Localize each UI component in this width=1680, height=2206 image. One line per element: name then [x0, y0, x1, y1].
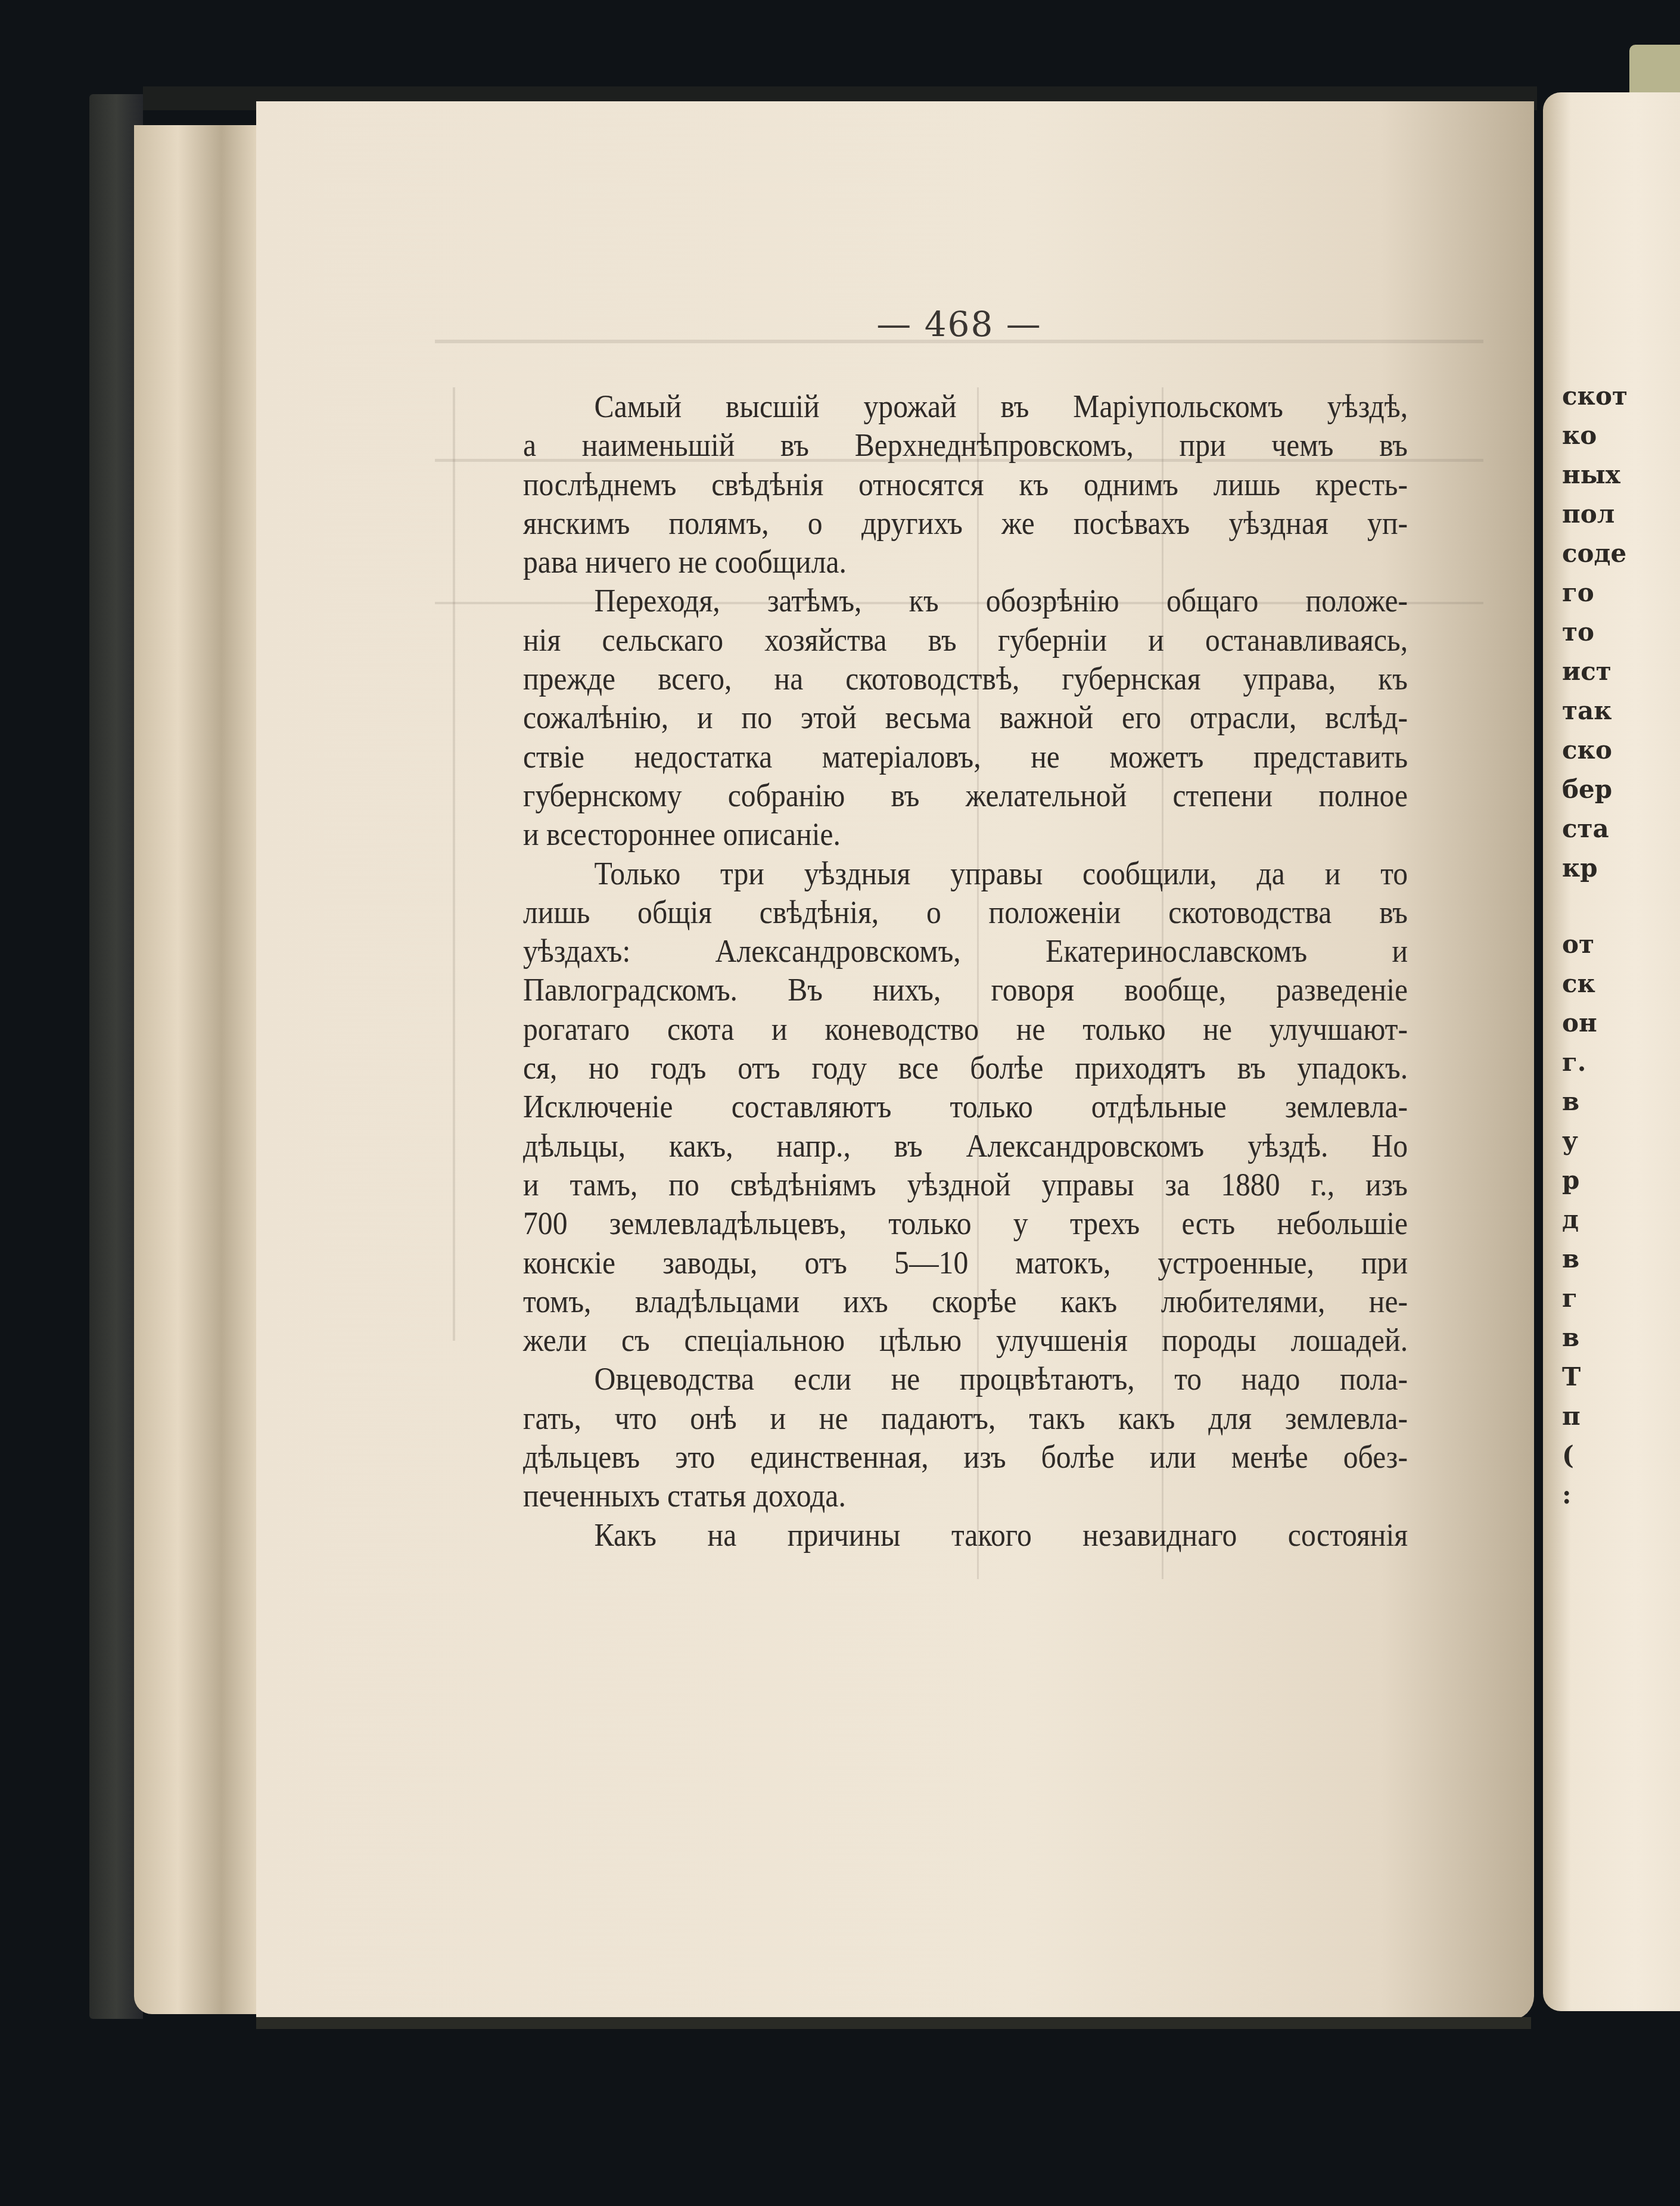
right-book-tab	[1629, 45, 1680, 95]
right-text-fragment: он	[1562, 1008, 1597, 1037]
text-line: дѣльцы, какъ, напр., въ Александровскомъ…	[523, 1127, 1408, 1166]
page-stack-edge	[134, 125, 259, 2014]
text-line: Павлоградскомъ. Въ нихъ, говоря вообще, …	[523, 971, 1408, 1009]
right-text-fragment: ско	[1562, 735, 1612, 765]
paragraph-3: Только три уѣздныя управы сообщили, да и…	[523, 855, 1408, 1360]
text-line: ся, но годъ отъ году все болѣе приходятъ…	[523, 1049, 1408, 1088]
right-text-fragment: г	[1562, 1284, 1578, 1313]
text-line: рава ничего не сообщила.	[523, 543, 1408, 582]
right-text-fragment: р	[1562, 1166, 1579, 1195]
right-text-fragment: у	[1562, 1126, 1578, 1155]
text-line: 700 землевладѣльцевъ, только у трехъ ест…	[523, 1204, 1408, 1243]
right-text-fragment: го	[1562, 578, 1594, 607]
right-text-fragment: п	[1562, 1402, 1581, 1431]
body-text: Самый высшій урожай въ Маріупольскомъ уѣ…	[523, 387, 1408, 1555]
text-line: прежде всего, на скотоводствѣ, губернска…	[523, 660, 1408, 698]
text-line: Самый высшій урожай въ Маріупольскомъ уѣ…	[523, 387, 1408, 426]
right-text-fragment: то	[1562, 617, 1594, 647]
right-text-fragment: ск	[1562, 969, 1595, 998]
text-line: томъ, владѣльцами ихъ скорѣе какъ любите…	[523, 1282, 1408, 1321]
right-text-fragment: от	[1562, 930, 1594, 959]
text-line: сожалѣнію, и по этой весьма важной его о…	[523, 698, 1408, 737]
text-line: Только три уѣздныя управы сообщили, да и…	[523, 855, 1408, 893]
right-text-fragment: ных	[1562, 460, 1620, 489]
text-line: лишь общія свѣдѣнія, о положеніи скотово…	[523, 893, 1408, 932]
text-line: уѣздахъ: Александровскомъ, Екатеринослав…	[523, 932, 1408, 971]
book-bottom-shadow	[256, 2017, 1531, 2029]
text-line: печенныхъ статья дохода.	[523, 1477, 1408, 1515]
right-text-fragment: скот	[1562, 381, 1628, 411]
paragraph-1: Самый высшій урожай въ Маріупольскомъ уѣ…	[523, 387, 1408, 582]
paragraph-4: Овцеводства если не процвѣтаютъ, то надо…	[523, 1360, 1408, 1515]
paragraph-5: Какъ на причины такого незавиднаго состо…	[523, 1516, 1408, 1555]
text-line: Исключеніе составляютъ только отдѣльные …	[523, 1088, 1408, 1126]
right-text-fragment: в	[1562, 1244, 1579, 1273]
right-text-fragment: пол	[1562, 499, 1614, 529]
text-line: губернскому собранію въ желательной степ…	[523, 776, 1408, 815]
right-text-fragment: в	[1562, 1087, 1579, 1116]
text-line: рогатаго скота и коневодство не только н…	[523, 1010, 1408, 1049]
right-text-fragment: ста	[1562, 814, 1609, 843]
right-text-fragment: кр	[1562, 853, 1598, 883]
right-text-fragment: Т	[1562, 1362, 1581, 1391]
text-line: Переходя, затѣмъ, къ обозрѣнію общаго по…	[523, 582, 1408, 620]
right-text-fragment: ист	[1562, 657, 1611, 686]
right-text-fragment: бер	[1562, 775, 1612, 804]
text-line: Какъ на причины такого незавиднаго состо…	[523, 1516, 1408, 1555]
right-text-fragment: :	[1562, 1480, 1572, 1509]
text-line: ствіе недостатка матеріаловъ, не можетъ …	[523, 738, 1408, 776]
right-text-fragment: д	[1562, 1205, 1579, 1234]
text-line: гать, что онѣ и не падаютъ, такъ какъ дл…	[523, 1399, 1408, 1438]
text-line: жели съ спеціальною цѣлью улучшенія поро…	[523, 1321, 1408, 1360]
text-line: конскіе заводы, отъ 5—10 матокъ, устроен…	[523, 1244, 1408, 1282]
text-line: Овцеводства если не процвѣтаютъ, то надо…	[523, 1360, 1408, 1399]
right-text-fragment: (	[1562, 1441, 1574, 1470]
text-line: нія сельскаго хозяйства въ губерніи и ос…	[523, 621, 1408, 660]
right-text-fragment: в	[1562, 1323, 1579, 1352]
paragraph-2: Переходя, затѣмъ, къ обозрѣнію общаго по…	[523, 582, 1408, 854]
text-line: послѣднемъ свѣдѣнія относятся къ однимъ …	[523, 465, 1408, 504]
right-text-fragment: соде	[1562, 539, 1626, 568]
right-text-fragment: так	[1562, 696, 1612, 725]
text-line: а наименьшій въ Верхнеднѣпровскомъ, при …	[523, 426, 1408, 465]
page-number: — 468 —	[870, 304, 1049, 344]
text-line: и тамъ, по свѣдѣніямъ уѣздной управы за …	[523, 1166, 1408, 1204]
text-line: дѣльцевъ это единственная, изъ болѣе или…	[523, 1438, 1408, 1477]
right-text-fragment: ко	[1562, 421, 1597, 450]
text-line: янскимъ полямъ, о другихъ же посѣвахъ уѣ…	[523, 504, 1408, 543]
right-text-fragment: г.	[1562, 1048, 1586, 1077]
text-line: и всестороннее описаніе.	[523, 815, 1408, 854]
